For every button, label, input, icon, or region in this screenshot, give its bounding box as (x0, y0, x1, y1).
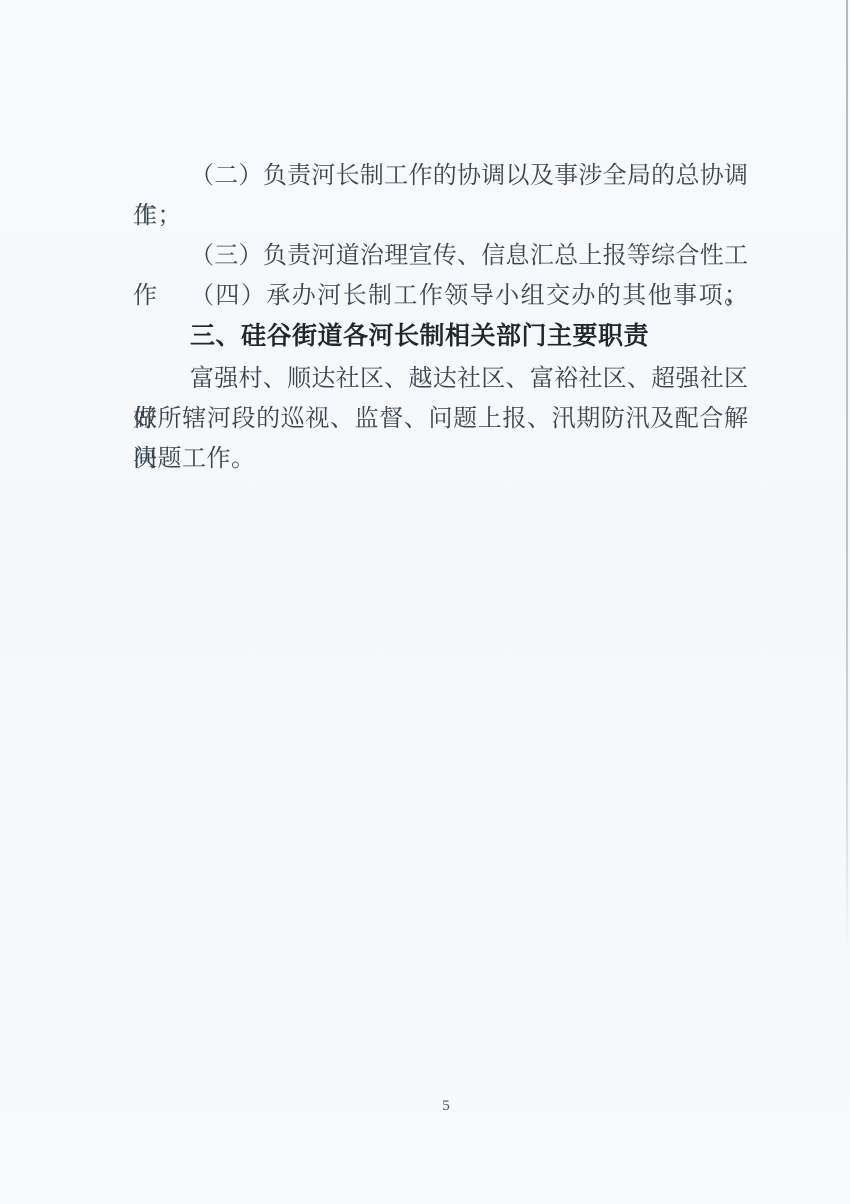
paragraph-line: （三）负责河道治理宣传、信息汇总上报等综合性工作； (133, 236, 748, 276)
document-body: （二）负责河长制工作的协调以及事涉全局的总协调工 作； （三）负责河道治理宣传、… (133, 156, 748, 479)
paragraph-line: （四）承办河长制工作领导小组交办的其他事项。 (133, 276, 748, 316)
paragraph-line: （二）负责河长制工作的协调以及事涉全局的总协调工 (133, 156, 748, 196)
section-heading: 三、硅谷街道各河长制相关部门主要职责 (133, 316, 748, 356)
paragraph-line: 问题工作。 (133, 439, 748, 479)
scan-edge-artifact (846, 0, 848, 955)
paragraph-line: 富强村、顺达社区、越达社区、富裕社区、超强社区做 (133, 359, 748, 399)
page-number: 5 (416, 1098, 476, 1115)
paragraph-line: 作； (133, 196, 748, 236)
document-page: （二）负责河长制工作的协调以及事涉全局的总协调工 作； （三）负责河道治理宣传、… (0, 0, 850, 1204)
paragraph-line: 好所辖河段的巡视、监督、问题上报、汛期防汛及配合解决 (133, 399, 748, 439)
